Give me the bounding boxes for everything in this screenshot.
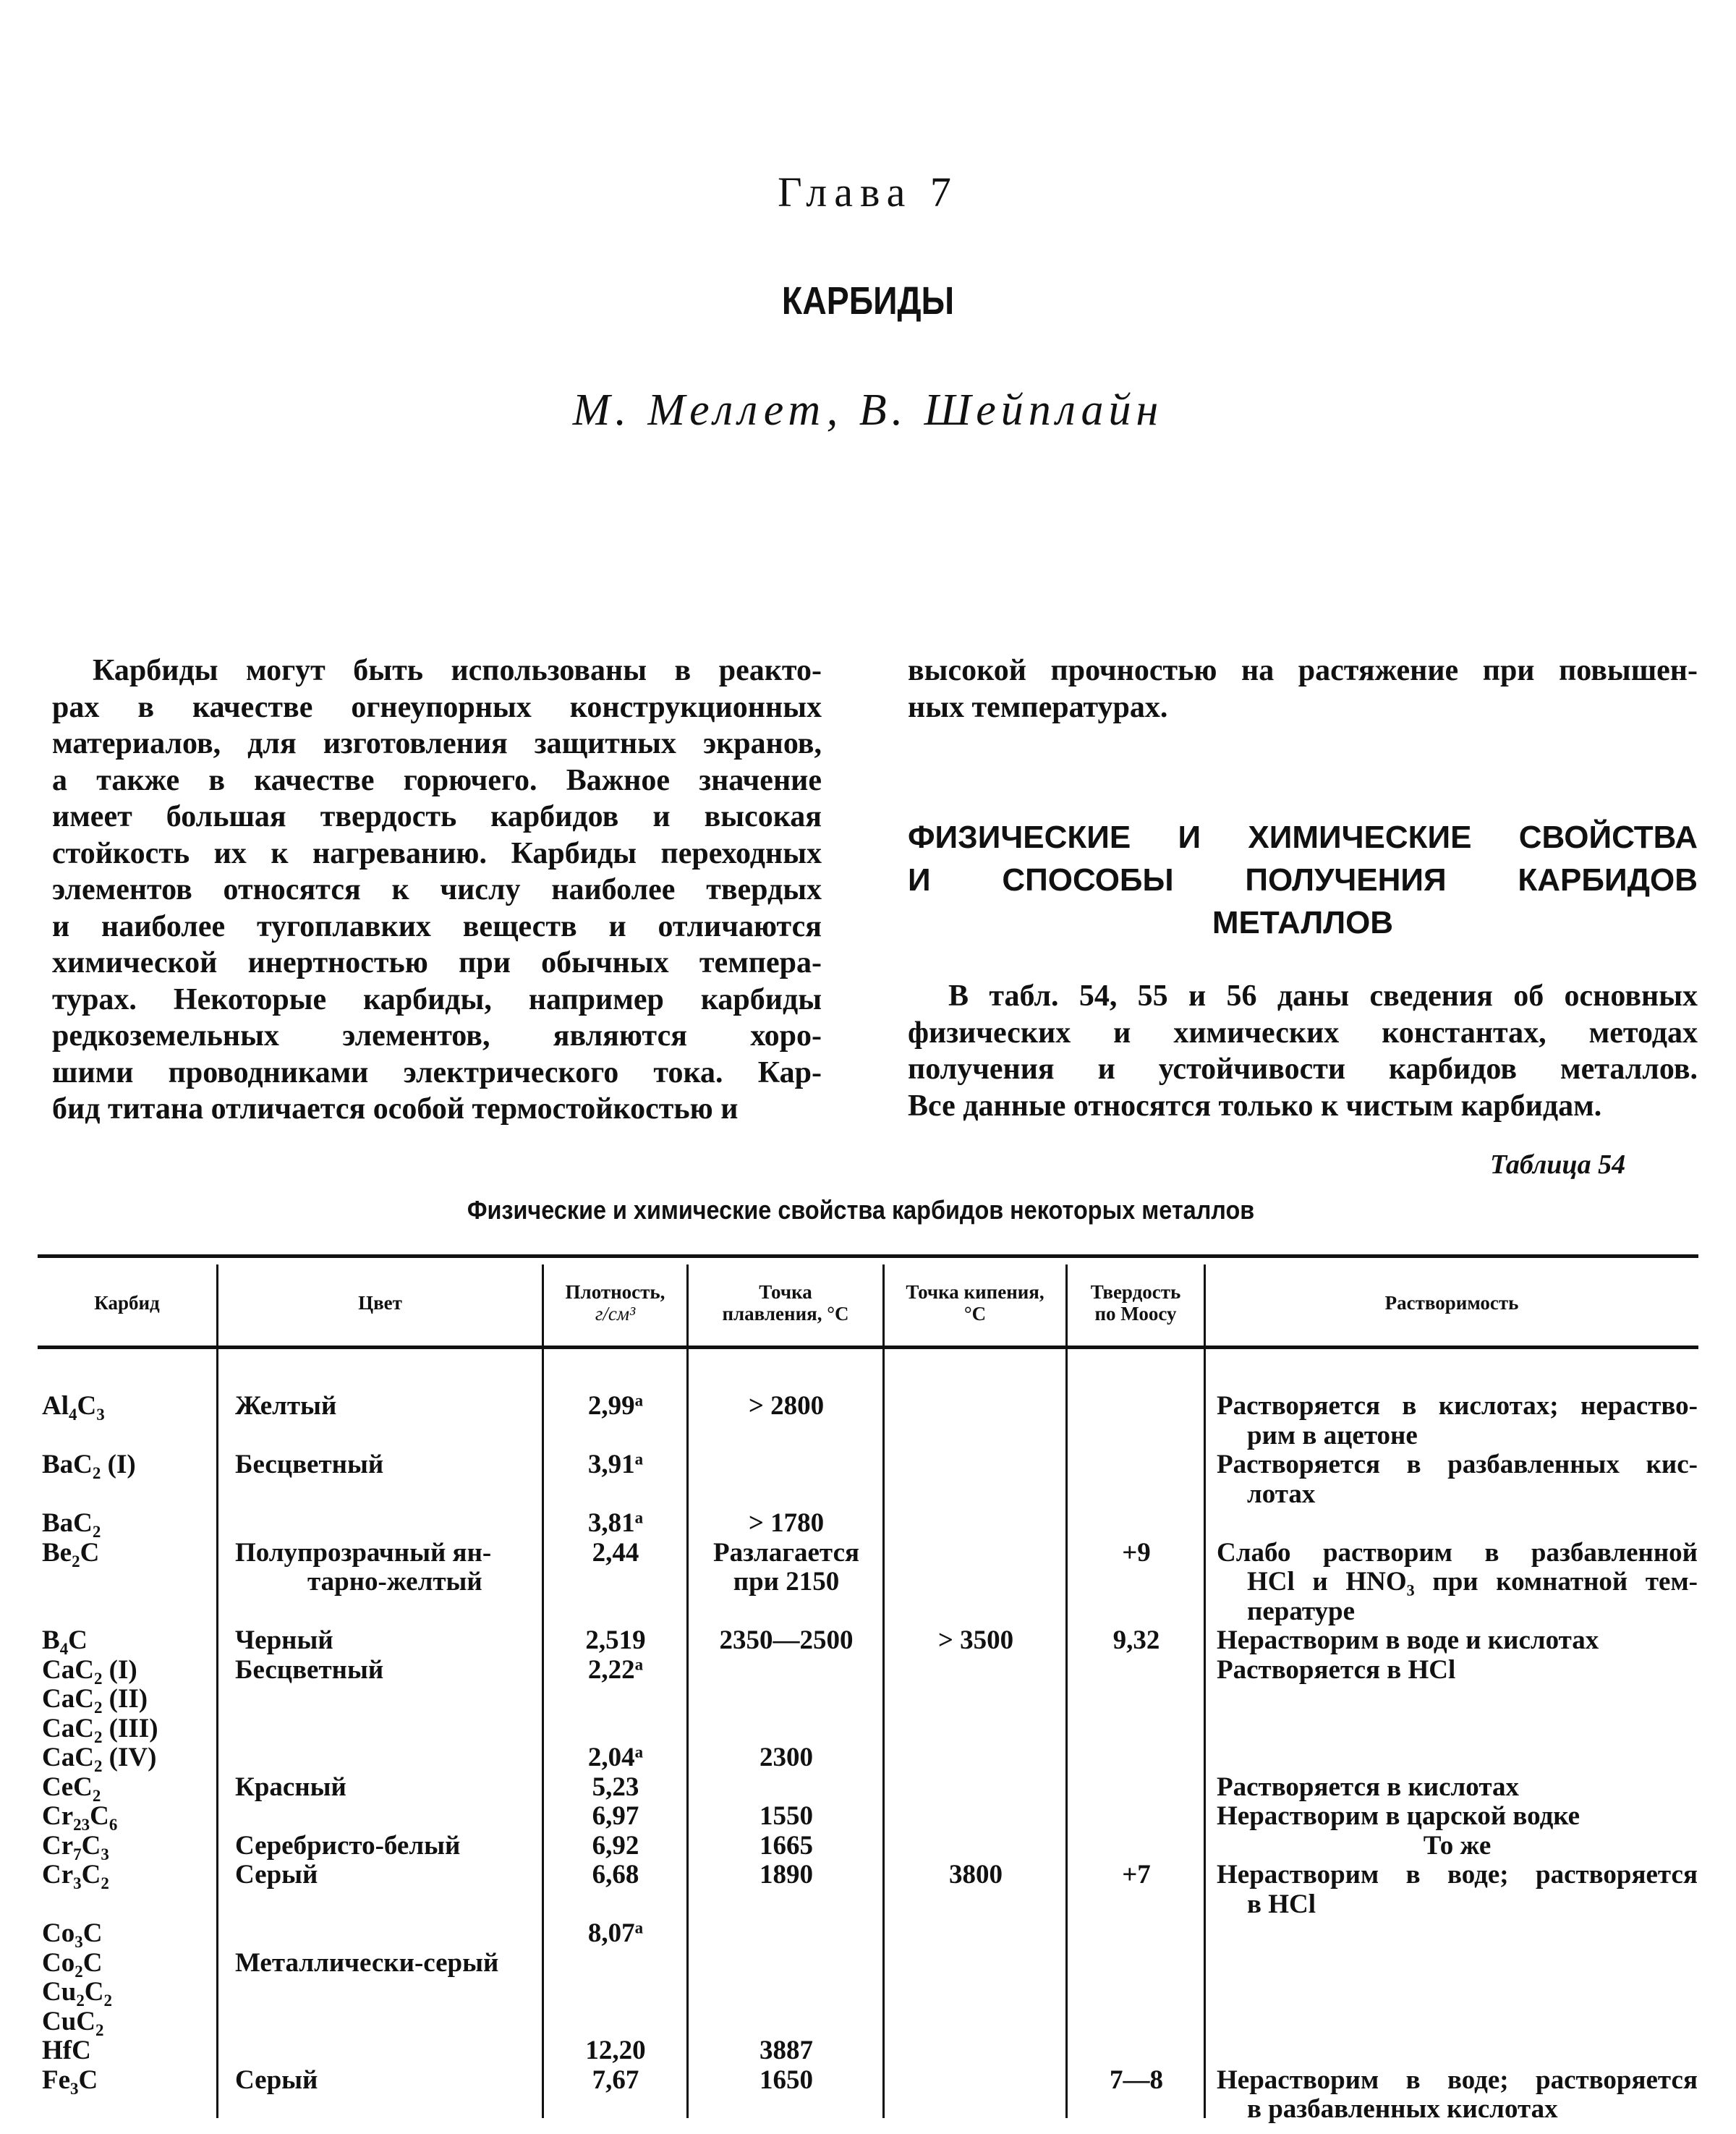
cell-density: 7,67 bbox=[544, 2066, 687, 2096]
color-text: Серый bbox=[235, 1861, 542, 1890]
text-line: стойкость их к нагреванию. Карбиды перех… bbox=[52, 836, 822, 872]
carbide-formula: Cu2C2 bbox=[42, 1978, 216, 2007]
table-row: CaC2 (I)Бесцветный2,22аРастворяется в HC… bbox=[0, 1656, 1736, 1685]
table-row: HfC12,203887 bbox=[0, 2036, 1736, 2066]
header-solubility: Растворимость bbox=[1206, 1260, 1698, 1346]
table-row: Cr3C2Серый6,6818903800+7Нерастворим в во… bbox=[0, 1861, 1736, 1919]
cell-density: 3,91а bbox=[544, 1450, 687, 1480]
cell-density: 2,04а bbox=[544, 1743, 687, 1773]
cell-carbide: B4C bbox=[42, 1626, 216, 1656]
section-heading: ФИЗИЧЕСКИЕ И ХИМИЧЕСКИЕ СВОЙСТВАИ СПОСОБ… bbox=[908, 816, 1698, 944]
cell-melting: 2300 bbox=[689, 1743, 883, 1773]
carbide-formula: Cr7C3 bbox=[42, 1832, 216, 1861]
carbide-formula: CuC2 bbox=[42, 2007, 216, 2037]
cell-carbide: Be2C bbox=[42, 1539, 216, 1568]
color-text: тарно-желтый bbox=[235, 1568, 542, 1597]
table-row: CeC2Красный5,23Растворяется в кислотах bbox=[0, 1773, 1736, 1803]
cell-hardness: 7—8 bbox=[1068, 2066, 1204, 2096]
carbide-formula: HfC bbox=[42, 2036, 216, 2066]
heading-line: ФИЗИЧЕСКИЕ И ХИМИЧЕСКИЕ СВОЙСТВА bbox=[908, 816, 1698, 859]
cell-melting: 3887 bbox=[689, 2036, 883, 2066]
cell-color: Металлически-серый bbox=[235, 1949, 542, 1978]
melting-value: Разлагается bbox=[689, 1539, 883, 1568]
text-line: ных температурах. bbox=[908, 689, 1698, 726]
hardness-value: 9,32 bbox=[1068, 1626, 1204, 1656]
cell-carbide: Cr23C6 bbox=[42, 1802, 216, 1832]
header-carbide: Карбид bbox=[38, 1260, 216, 1346]
solubility-text: Растворяется в разбавленных кис- bbox=[1217, 1450, 1698, 1480]
cell-carbide: Co2C bbox=[42, 1949, 216, 1978]
header-color: Цвет bbox=[218, 1260, 542, 1346]
cell-solubility: Растворяется в HCl bbox=[1217, 1656, 1698, 1685]
table-row: Co3C8,07а bbox=[0, 1919, 1736, 1949]
color-text: Бесцветный bbox=[235, 1450, 542, 1480]
text-line: В табл. 54, 55 и 56 даны сведения об осн… bbox=[908, 978, 1698, 1015]
cell-color: Красный bbox=[235, 1773, 542, 1803]
color-text: Желтый bbox=[235, 1392, 542, 1421]
cell-melting: 1550 bbox=[689, 1802, 883, 1832]
table-row: Al4C3Желтый2,99а> 2800Растворяется в кис… bbox=[0, 1392, 1736, 1450]
density-value: 6,97 bbox=[544, 1802, 687, 1832]
density-value: 3,91а bbox=[544, 1450, 687, 1480]
density-value: 12,20 bbox=[544, 2036, 687, 2066]
boiling-value: > 3500 bbox=[885, 1626, 1066, 1656]
color-text: Полупрозрачный ян- bbox=[235, 1539, 542, 1568]
table-row: BaC23,81а> 1780 bbox=[0, 1509, 1736, 1539]
cell-density: 2,99а bbox=[544, 1392, 687, 1421]
intro-left-column: Карбиды могут быть использованы в реакто… bbox=[52, 652, 822, 1128]
cell-density: 6,92 bbox=[544, 1832, 687, 1861]
carbide-formula: CaC2 (II) bbox=[42, 1685, 216, 1714]
color-text: Красный bbox=[235, 1773, 542, 1803]
melting-value: 3887 bbox=[689, 2036, 883, 2066]
cell-carbide: Cu2C2 bbox=[42, 1978, 216, 2007]
carbide-formula: BaC2 bbox=[42, 1509, 216, 1539]
text-line: а также в качестве горючего. Важное знач… bbox=[52, 762, 822, 799]
cell-melting: > 1780 bbox=[689, 1509, 883, 1539]
carbide-formula: CaC2 (I) bbox=[42, 1656, 216, 1685]
color-text: Серый bbox=[235, 2066, 542, 2096]
cell-solubility: Нерастворим в царской водке bbox=[1217, 1802, 1698, 1832]
cell-color: Полупрозрачный ян-тарно-желтый bbox=[235, 1539, 542, 1597]
table-row: B4CЧерный2,5192350—2500> 35009,32Нераств… bbox=[0, 1626, 1736, 1656]
cell-solubility: Нерастворим в воде; растворяетсяв разбав… bbox=[1217, 2066, 1698, 2125]
cell-carbide: Cr3C2 bbox=[42, 1861, 216, 1890]
table-body: Al4C3Желтый2,99а> 2800Растворяется в кис… bbox=[0, 1392, 1736, 2125]
authors: М. Меллет, В. Шейплайн bbox=[0, 385, 1736, 436]
solubility-text: То же bbox=[1217, 1832, 1698, 1861]
header-density: Плотность,г/см³ bbox=[544, 1260, 686, 1346]
solubility-text: HCl и HNO₃ при комнатной тем- bbox=[1217, 1568, 1698, 1597]
solubility-text: Растворяется в HCl bbox=[1217, 1656, 1698, 1685]
boiling-value: 3800 bbox=[885, 1861, 1066, 1890]
table-row: Be2CПолупрозрачный ян-тарно-желтый2,44Ра… bbox=[0, 1539, 1736, 1627]
density-value: 6,68 bbox=[544, 1861, 687, 1890]
cell-density: 12,20 bbox=[544, 2036, 687, 2066]
density-value: 2,99а bbox=[544, 1392, 687, 1421]
melting-value: 1650 bbox=[689, 2066, 883, 2096]
cell-density: 5,23 bbox=[544, 1773, 687, 1803]
cell-carbide: HfC bbox=[42, 2036, 216, 2066]
carbide-formula: Co3C bbox=[42, 1919, 216, 1949]
cell-carbide: BaC2 bbox=[42, 1509, 216, 1539]
melting-value: 1890 bbox=[689, 1861, 883, 1890]
cell-density: 6,97 bbox=[544, 1802, 687, 1832]
header-density-unit: г/см³ bbox=[595, 1303, 635, 1325]
header-hardness: Твердость по Моосу bbox=[1068, 1260, 1204, 1346]
carbide-formula: Al4C3 bbox=[42, 1392, 216, 1421]
text-line: Карбиды могут быть использованы в реакто… bbox=[52, 652, 822, 689]
text-line: физических и химических константах, мето… bbox=[908, 1015, 1698, 1052]
cell-melting: > 2800 bbox=[689, 1392, 883, 1421]
cell-color: Бесцветный bbox=[235, 1450, 542, 1480]
solubility-text: Нерастворим в воде; растворяется bbox=[1217, 2066, 1698, 2096]
density-value: 7,67 bbox=[544, 2066, 687, 2096]
section-paragraph: В табл. 54, 55 и 56 даны сведения об осн… bbox=[908, 978, 1698, 1124]
cell-carbide: Al4C3 bbox=[42, 1392, 216, 1421]
cell-hardness: 9,32 bbox=[1068, 1626, 1204, 1656]
hardness-value: +7 bbox=[1068, 1861, 1204, 1890]
color-text: Металлически-серый bbox=[235, 1949, 542, 1978]
solubility-text: Нерастворим в воде и кислотах bbox=[1217, 1626, 1698, 1656]
text-line: и наиболее тугоплавких веществ и отличаю… bbox=[52, 909, 822, 945]
cell-carbide: CaC2 (III) bbox=[42, 1714, 216, 1744]
carbide-formula: Cr23C6 bbox=[42, 1802, 216, 1832]
table-row: Cr23C66,971550Нерастворим в царской водк… bbox=[0, 1802, 1736, 1832]
header-density-label: Плотность, bbox=[566, 1281, 665, 1303]
solubility-text: Слабо растворим в разбавленной bbox=[1217, 1539, 1698, 1568]
text-line: имеет большая твердость карбидов и высок… bbox=[52, 799, 822, 836]
carbide-formula: Co2C bbox=[42, 1949, 216, 1978]
color-text: Бесцветный bbox=[235, 1656, 542, 1685]
cell-carbide: CaC2 (I) bbox=[42, 1656, 216, 1685]
cell-density: 2,519 bbox=[544, 1626, 687, 1656]
density-value: 2,519 bbox=[544, 1626, 687, 1656]
cell-color: Черный bbox=[235, 1626, 542, 1656]
density-value: 2,44 bbox=[544, 1539, 687, 1568]
table-caption: Физические и химические свойства карбидо… bbox=[119, 1195, 1603, 1225]
melting-value: 2300 bbox=[689, 1743, 883, 1773]
text-line: элементов относятся к числу наиболее тве… bbox=[52, 872, 822, 909]
text-line: редкоземельных элементов, являются хоро- bbox=[52, 1018, 822, 1055]
solubility-text: в разбавленных кислотах bbox=[1217, 2095, 1698, 2125]
intro-right-column: высокой прочностью на растяжение при пов… bbox=[908, 652, 1698, 726]
carbide-formula: CeC2 bbox=[42, 1773, 216, 1803]
melting-value: > 1780 bbox=[689, 1509, 883, 1539]
cell-hardness: +9 bbox=[1068, 1539, 1204, 1568]
cell-melting: 1650 bbox=[689, 2066, 883, 2096]
carbide-formula: CaC2 (IV) bbox=[42, 1743, 216, 1773]
density-value: 3,81а bbox=[544, 1509, 687, 1539]
cell-carbide: Fe3C bbox=[42, 2066, 216, 2096]
cell-carbide: Co3C bbox=[42, 1919, 216, 1949]
table-header-rule bbox=[38, 1346, 1698, 1349]
cell-color: Серебристо-белый bbox=[235, 1832, 542, 1861]
header-melting: Точка плавления, °С bbox=[689, 1260, 882, 1346]
density-value: 6,92 bbox=[544, 1832, 687, 1861]
solubility-text: Растворяется в кислотах; нераство- bbox=[1217, 1392, 1698, 1421]
cell-color: Желтый bbox=[235, 1392, 542, 1421]
color-text: Черный bbox=[235, 1626, 542, 1656]
solubility-text: пературе bbox=[1217, 1597, 1698, 1627]
cell-boiling: > 3500 bbox=[885, 1626, 1066, 1656]
cell-color: Серый bbox=[235, 1861, 542, 1890]
melting-value: при 2150 bbox=[689, 1568, 883, 1597]
cell-density: 6,68 bbox=[544, 1861, 687, 1890]
cell-density: 2,22а bbox=[544, 1656, 687, 1685]
cell-solubility: Нерастворим в воде; растворяетсяв HCl bbox=[1217, 1861, 1698, 1919]
table-top-rule bbox=[38, 1254, 1698, 1258]
hardness-value: 7—8 bbox=[1068, 2066, 1204, 2096]
carbide-formula: Fe3C bbox=[42, 2066, 216, 2096]
cell-carbide: CaC2 (IV) bbox=[42, 1743, 216, 1773]
heading-line: МЕТАЛЛОВ bbox=[908, 901, 1698, 944]
melting-value: > 2800 bbox=[689, 1392, 883, 1421]
cell-density: 3,81а bbox=[544, 1509, 687, 1539]
text-line: рах в качестве огнеупорных конструкционн… bbox=[52, 689, 822, 726]
text-line: химической инертностью при обычных темпе… bbox=[52, 945, 822, 982]
chapter-title: КАРБИДЫ bbox=[122, 279, 1614, 323]
cell-density: 8,07а bbox=[544, 1919, 687, 1949]
text-line: материалов, для изготовления защитных эк… bbox=[52, 726, 822, 762]
cell-carbide: BaC2 (I) bbox=[42, 1450, 216, 1480]
table-row: CuC2 bbox=[0, 2007, 1736, 2037]
carbide-formula: BaC2 (I) bbox=[42, 1450, 216, 1480]
color-text: Серебристо-белый bbox=[235, 1832, 542, 1861]
solubility-text: в HCl bbox=[1217, 1890, 1698, 1920]
text-line: получения и устойчивости карбидов металл… bbox=[908, 1051, 1698, 1088]
table-row: CaC2 (IV)2,04а2300 bbox=[0, 1743, 1736, 1773]
solubility-text: Нерастворим в воде; растворяется bbox=[1217, 1861, 1698, 1890]
density-value: 2,22а bbox=[544, 1656, 687, 1685]
solubility-text: Растворяется в кислотах bbox=[1217, 1773, 1698, 1803]
melting-value: 1550 bbox=[689, 1802, 883, 1832]
cell-solubility: Растворяется в разбавленных кис-лотах bbox=[1217, 1450, 1698, 1509]
cell-solubility: То же bbox=[1217, 1832, 1698, 1861]
cell-solubility: Нерастворим в воде и кислотах bbox=[1217, 1626, 1698, 1656]
carbide-formula: CaC2 (III) bbox=[42, 1714, 216, 1744]
chapter-label: Глава 7 bbox=[0, 168, 1736, 216]
cell-carbide: CeC2 bbox=[42, 1773, 216, 1803]
melting-value: 2350—2500 bbox=[689, 1626, 883, 1656]
cell-melting: 1890 bbox=[689, 1861, 883, 1890]
cell-density: 2,44 bbox=[544, 1539, 687, 1568]
header-boiling: Точка кипения, °С bbox=[885, 1260, 1065, 1346]
density-value: 2,04а bbox=[544, 1743, 687, 1773]
solubility-text: лотах bbox=[1217, 1480, 1698, 1510]
solubility-text: Нерастворим в царской водке bbox=[1217, 1802, 1698, 1832]
cell-color: Серый bbox=[235, 2066, 542, 2096]
text-line: высокой прочностью на растяжение при пов… bbox=[908, 652, 1698, 689]
table-row: CaC2 (III) bbox=[0, 1714, 1736, 1744]
hardness-value: +9 bbox=[1068, 1539, 1204, 1568]
cell-carbide: Cr7C3 bbox=[42, 1832, 216, 1861]
cell-solubility: Слабо растворим в разбавленнойHCl и HNO₃… bbox=[1217, 1539, 1698, 1627]
cell-carbide: CuC2 bbox=[42, 2007, 216, 2037]
carbide-formula: Be2C bbox=[42, 1539, 216, 1568]
table-number: Таблица 54 bbox=[1490, 1149, 1625, 1181]
cell-boiling: 3800 bbox=[885, 1861, 1066, 1890]
table-row: Cr7C3Серебристо-белый6,921665То же bbox=[0, 1832, 1736, 1861]
text-line: бид титана отличается особой термостойко… bbox=[52, 1091, 822, 1128]
table-row: Cu2C2 bbox=[0, 1978, 1736, 2007]
melting-value: 1665 bbox=[689, 1832, 883, 1861]
density-value: 5,23 bbox=[544, 1773, 687, 1803]
cell-hardness: +7 bbox=[1068, 1861, 1204, 1890]
text-line: Все данные относятся только к чистым кар… bbox=[908, 1088, 1698, 1125]
table-row: BaC2 (I)Бесцветный3,91аРастворяется в ра… bbox=[0, 1450, 1736, 1509]
carbide-formula: Cr3C2 bbox=[42, 1861, 216, 1890]
cell-carbide: CaC2 (II) bbox=[42, 1685, 216, 1714]
cell-melting: 2350—2500 bbox=[689, 1626, 883, 1656]
density-value: 8,07а bbox=[544, 1919, 687, 1949]
table-row: CaC2 (II) bbox=[0, 1685, 1736, 1714]
solubility-text: рим в ацетоне bbox=[1217, 1421, 1698, 1451]
cell-color: Бесцветный bbox=[235, 1656, 542, 1685]
text-line: шими проводниками электрического тока. К… bbox=[52, 1055, 822, 1092]
table-row: Fe3CСерый7,6716507—8Нерастворим в воде; … bbox=[0, 2066, 1736, 2125]
cell-solubility: Растворяется в кислотах; нераство-рим в … bbox=[1217, 1392, 1698, 1450]
text-line: турах. Некоторые карбиды, например карби… bbox=[52, 982, 822, 1019]
cell-melting: 1665 bbox=[689, 1832, 883, 1861]
table-row: Co2CМеталлически-серый bbox=[0, 1949, 1736, 1978]
cell-melting: Разлагаетсяпри 2150 bbox=[689, 1539, 883, 1597]
cell-solubility: Растворяется в кислотах bbox=[1217, 1773, 1698, 1803]
heading-line: И СПОСОБЫ ПОЛУЧЕНИЯ КАРБИДОВ bbox=[908, 859, 1698, 901]
carbide-formula: B4C bbox=[42, 1626, 216, 1656]
